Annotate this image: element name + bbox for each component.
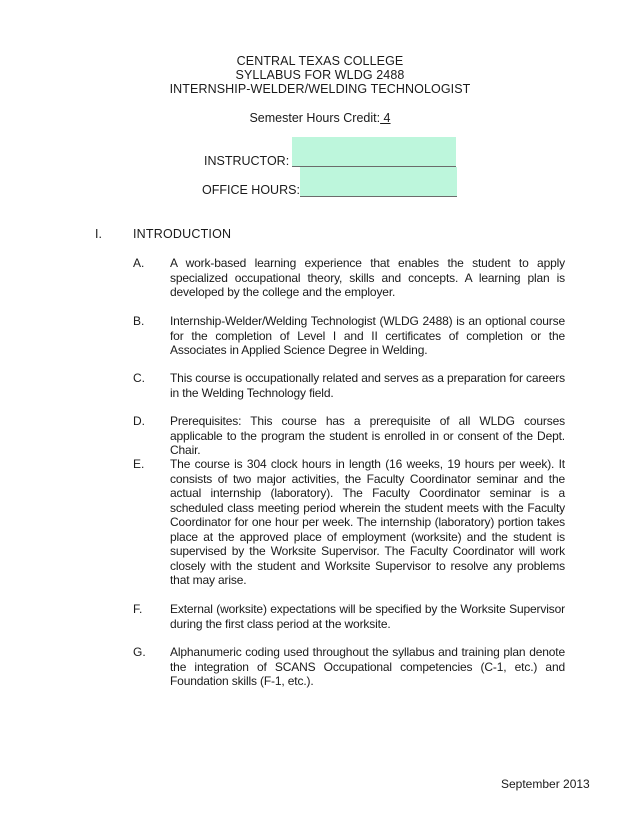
item-letter: F.: [133, 602, 142, 617]
instructor-field[interactable]: [292, 137, 456, 167]
footer-date: September 2013: [501, 777, 590, 791]
item-letter: G.: [133, 645, 146, 660]
college-name: CENTRAL TEXAS COLLEGE: [0, 54, 640, 69]
item-text: Prerequisites: This course has a prerequ…: [170, 414, 565, 458]
office-hours-label: OFFICE HOURS:: [202, 183, 300, 198]
item-letter: C.: [133, 371, 145, 386]
semester-hours-credit: Semester Hours Credit: 4: [0, 111, 640, 126]
item-text: Internship-Welder/Welding Technologist (…: [170, 314, 565, 358]
section-number: I.: [95, 227, 102, 242]
instructor-label: INSTRUCTOR:: [204, 154, 289, 169]
item-text: External (worksite) expectations will be…: [170, 602, 565, 631]
course-title: INTERNSHIP-WELDER/WELDING TECHNOLOGIST: [0, 82, 640, 97]
item-text: A work-based learning experience that en…: [170, 256, 565, 300]
section-title: INTRODUCTION: [133, 227, 231, 242]
item-letter: D.: [133, 414, 145, 429]
item-letter: E.: [133, 457, 144, 472]
item-text: The course is 304 clock hours in length …: [170, 457, 565, 588]
office-hours-field[interactable]: [300, 167, 457, 197]
document-page: CENTRAL TEXAS COLLEGE SYLLABUS FOR WLDG …: [0, 0, 640, 828]
credit-value: 4: [380, 111, 390, 125]
syllabus-title: SYLLABUS FOR WLDG 2488: [0, 68, 640, 83]
item-letter: A.: [133, 256, 144, 271]
item-text: This course is occupationally related an…: [170, 371, 565, 400]
credit-label: Semester Hours Credit:: [249, 111, 380, 125]
item-letter: B.: [133, 314, 144, 329]
item-text: Alphanumeric coding used throughout the …: [170, 645, 565, 689]
